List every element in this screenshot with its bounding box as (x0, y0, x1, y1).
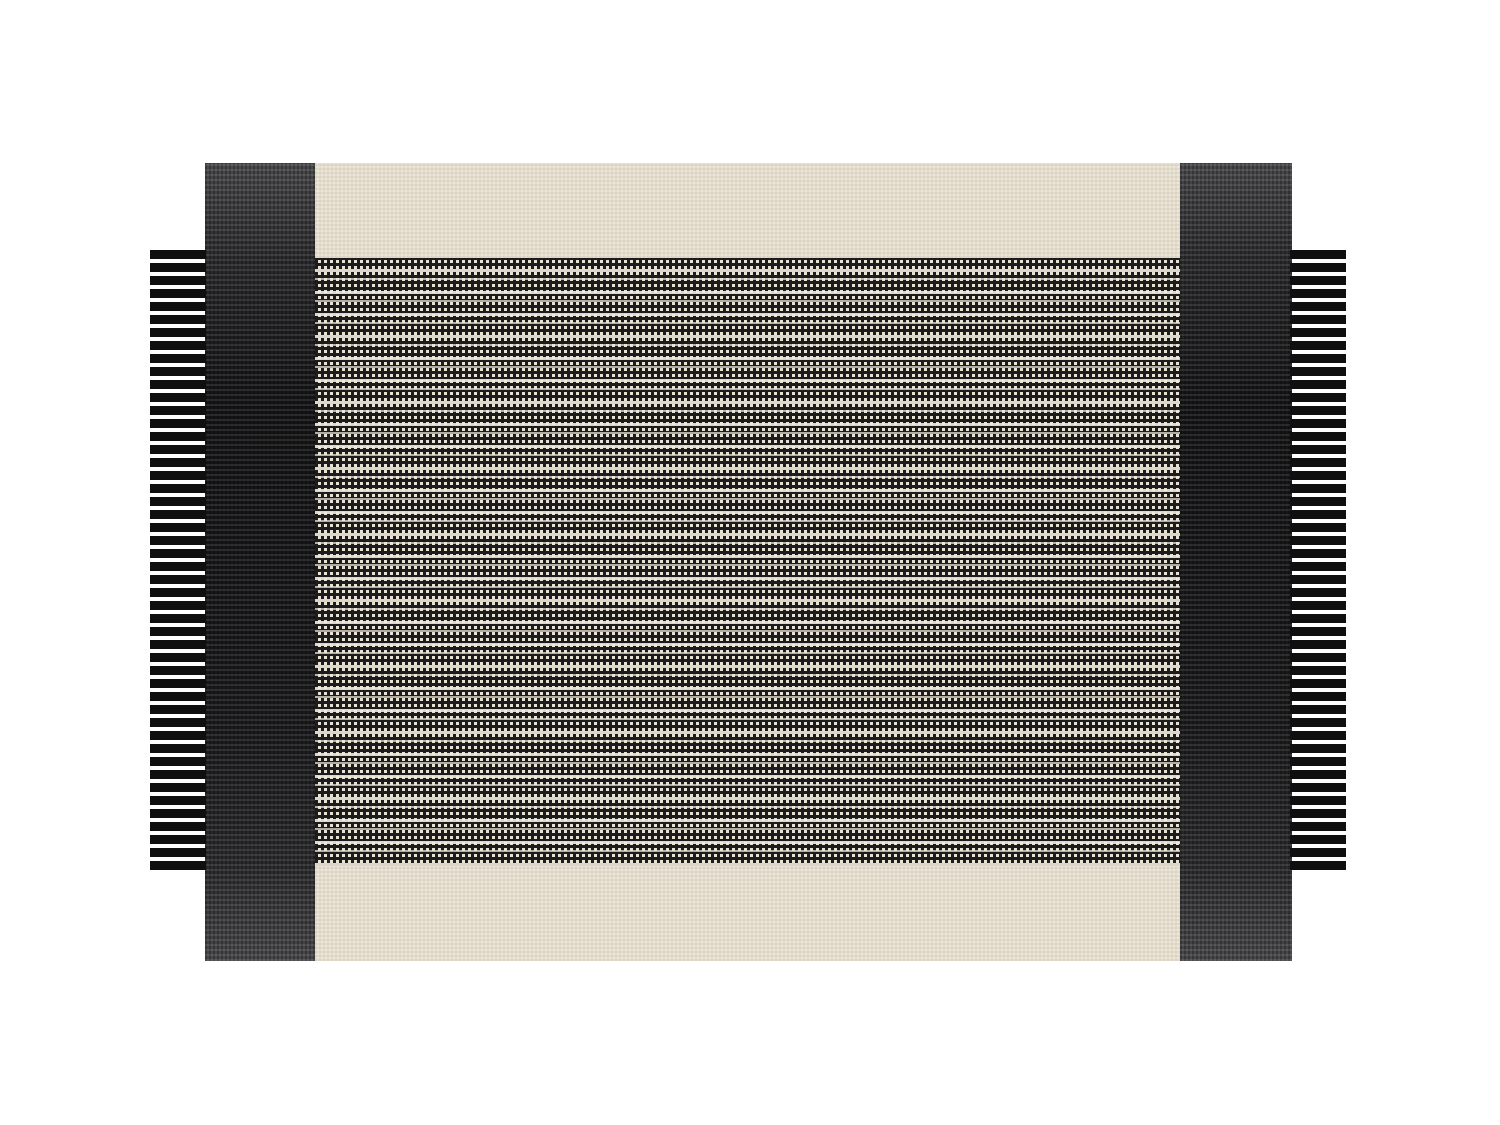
left-dark-band (205, 163, 315, 961)
top-cream-border (315, 163, 1180, 258)
right-dark-band (1180, 163, 1292, 961)
bottom-cream-border (315, 866, 1180, 961)
speckled-center-field (315, 258, 1180, 866)
rug (205, 163, 1292, 961)
left-fringe (150, 250, 206, 870)
right-fringe (1290, 250, 1346, 870)
